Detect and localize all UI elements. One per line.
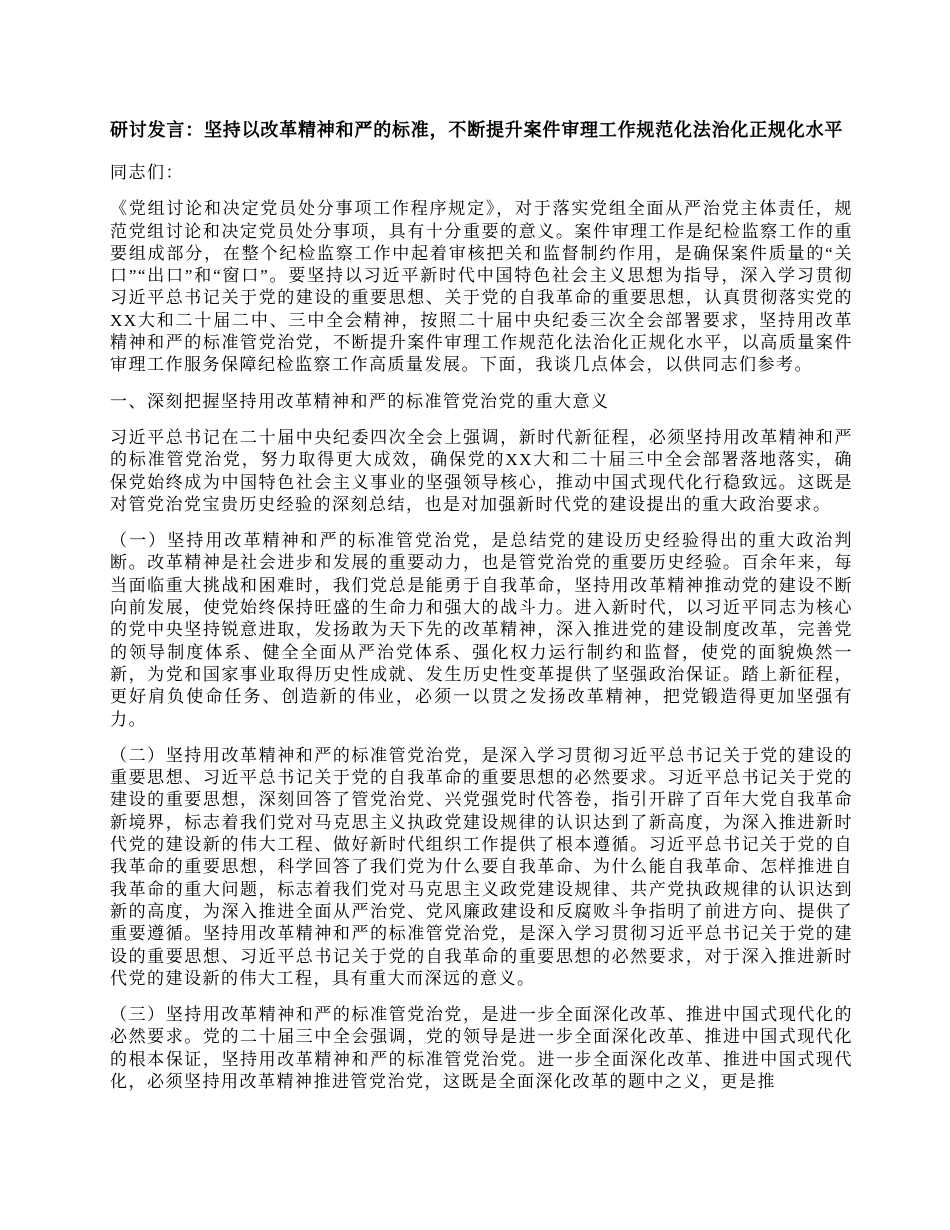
- salutation: 同志们：: [110, 162, 853, 184]
- section-one-paragraph-4-truncated: （三）坚持用改革精神和严的标准管党治党，是进一步全面深化改革、推进中国式现代化的…: [110, 1004, 853, 1093]
- section-one-paragraph-3: （二）坚持用改革精神和严的标准管党治党，是深入学习贯彻习近平总书记关于党的建设的…: [110, 745, 853, 990]
- section-one-paragraph-1: 习近平总书记在二十届中央纪委四次全会上强调，新时代新征程，必须坚持用改革精神和严…: [110, 427, 853, 516]
- intro-paragraph: 《党组讨论和决定党员处分事项工作程序规定》，对于落实党组全面从严治党主体责任，规…: [110, 198, 853, 376]
- section-one-heading: 一、深刻把握坚持用改革精神和严的标准管党治党的重大意义: [110, 391, 853, 413]
- section-one-paragraph-2: （一）坚持用改革精神和严的标准管党治党，是总结党的建设历史经验得出的重大政治判断…: [110, 530, 853, 731]
- document-title: 研讨发言：坚持以改革精神和严的标准，不断提升案件审理工作规范化法治化正规化水平: [110, 119, 853, 142]
- document-page: 研讨发言：坚持以改革精神和严的标准，不断提升案件审理工作规范化法治化正规化水平 …: [0, 0, 950, 1230]
